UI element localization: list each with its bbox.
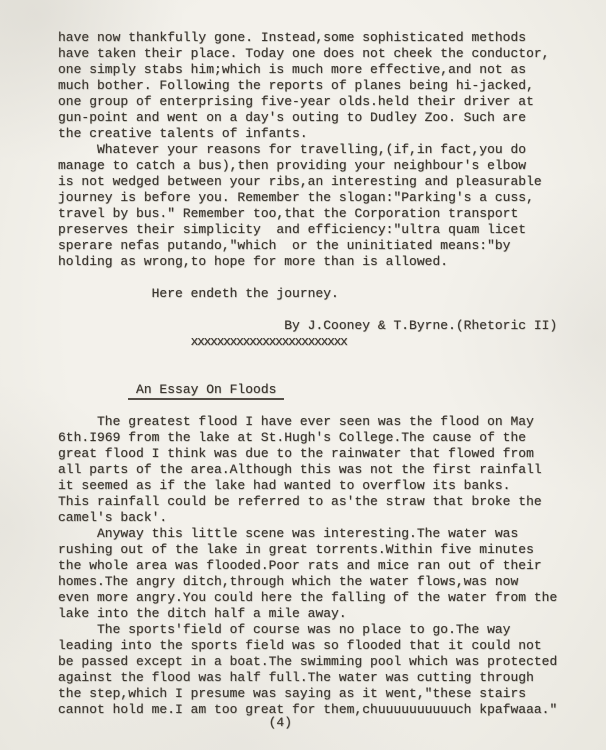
line-text: Whatever your reasons for travelling,(if… — [58, 142, 526, 157]
text-line: great flood I think was due to the rainw… — [58, 446, 588, 462]
text-line: have taken their place. Today one does n… — [58, 46, 588, 62]
divider-xchain-text: xxxxxxxxxxxxxxxxxxxxxxxx — [191, 334, 347, 349]
line-text: even more angry.You could here the falli… — [58, 590, 557, 605]
text-line: camel's back'. — [58, 510, 588, 526]
line-text: the whole area was flooded.Poor rats and… — [58, 558, 542, 573]
line-text: much bother. Following the reports of pl… — [58, 78, 534, 93]
line-text: the step,which I presume was saying as i… — [58, 686, 526, 701]
line-text: The sports'field of course was no place … — [58, 622, 510, 637]
text-line: the step,which I presume was saying as i… — [58, 686, 588, 702]
line-text: have taken their place. Today one does n… — [58, 46, 549, 61]
text-line: sperare nefas putando,"which or the unin… — [58, 238, 588, 254]
blank-line — [58, 398, 588, 414]
line-text: sperare nefas putando,"which or the unin… — [58, 238, 510, 253]
blank-line — [58, 302, 588, 318]
text-line: the whole area was flooded.Poor rats and… — [58, 558, 588, 574]
line-text: lake into the ditch half a mile away. — [58, 606, 347, 621]
line-text: be passed except in a boat.The swimming … — [58, 654, 557, 669]
blank-line — [58, 366, 588, 382]
line-text: journey is before you. Remember the slog… — [58, 190, 534, 205]
line-text: one group of enterprising five-year olds… — [58, 94, 534, 109]
line-text: all parts of the area.Although this was … — [58, 462, 542, 477]
text-line: be passed except in a boat.The swimming … — [58, 654, 588, 670]
section-title: An Essay On Floods — [58, 382, 588, 398]
text-line: gun-point and went on a day's outing to … — [58, 110, 588, 126]
line-text: rushing out of the lake in great torrent… — [58, 542, 534, 557]
line-text: This rainfall could be referred to as'th… — [58, 494, 542, 509]
text-line: lake into the ditch half a mile away. — [58, 606, 588, 622]
line-text: great flood I think was due to the rainw… — [58, 446, 534, 461]
text-line: The greatest flood I have ever seen was … — [58, 414, 588, 430]
line-indent — [58, 382, 128, 397]
text-line: even more angry.You could here the falli… — [58, 590, 588, 606]
closing-line: Here endeth the journey. — [58, 286, 588, 302]
line-text: camel's back'. — [58, 510, 167, 525]
text-line: against the flood was half full.The wate… — [58, 670, 588, 686]
line-text: holding as wrong,to hope for more than i… — [58, 254, 448, 269]
blank-line — [58, 270, 588, 286]
page-lines: have now thankfully gone. Instead,some s… — [58, 30, 588, 731]
text-line: 6th.I969 from the lake at St.Hugh's Coll… — [58, 430, 588, 446]
line-text: travel by bus." Remember too,that the Co… — [58, 206, 518, 221]
text-line: the creative talents of infants. — [58, 126, 588, 142]
divider-xchain: xxxxxxxxxxxxxxxxxxxxxxxx — [58, 334, 588, 350]
page-number-text: (4) — [58, 715, 292, 730]
text-line: rushing out of the lake in great torrent… — [58, 542, 588, 558]
text-line: all parts of the area.Although this was … — [58, 462, 588, 478]
text-line: manage to catch a bus),then providing yo… — [58, 158, 588, 174]
text-line: it seemed as if the lake had wanted to o… — [58, 478, 588, 494]
text-line: have now thankfully gone. Instead,some s… — [58, 30, 588, 46]
line-text: homes.The angry ditch,through which the … — [58, 574, 518, 589]
section-title-text: An Essay On Floods — [128, 382, 284, 400]
text-line: preserves their simplicity and efficienc… — [58, 222, 588, 238]
text-line: is not wedged between your ribs,an inter… — [58, 174, 588, 190]
line-text: it seemed as if the lake had wanted to o… — [58, 478, 510, 493]
text-line: holding as wrong,to hope for more than i… — [58, 254, 588, 270]
line-text: gun-point and went on a day's outing to … — [58, 110, 526, 125]
text-line: travel by bus." Remember too,that the Co… — [58, 206, 588, 222]
line-text: is not wedged between your ribs,an inter… — [58, 174, 542, 189]
text-line: leading into the sports field was so flo… — [58, 638, 588, 654]
line-text: have now thankfully gone. Instead,some s… — [58, 30, 526, 45]
text-line: much bother. Following the reports of pl… — [58, 78, 588, 94]
closing-line-text: Here endeth the journey. — [58, 286, 339, 301]
line-text: The greatest flood I have ever seen was … — [58, 414, 534, 429]
text-line: journey is before you. Remember the slog… — [58, 190, 588, 206]
line-text: preserves their simplicity and efficienc… — [58, 222, 526, 237]
line-text: against the flood was half full.The wate… — [58, 670, 534, 685]
byline: By J.Cooney & T.Byrne.(Rhetoric II) — [58, 318, 588, 334]
typewritten-page: have now thankfully gone. Instead,some s… — [0, 0, 606, 750]
line-text: the creative talents of infants. — [58, 126, 308, 141]
line-text: one simply stabs him;which is much more … — [58, 62, 526, 77]
line-text: leading into the sports field was so flo… — [58, 638, 542, 653]
byline-text: By J.Cooney & T.Byrne.(Rhetoric II) — [58, 318, 557, 333]
text-line: one group of enterprising five-year olds… — [58, 94, 588, 110]
text-line: Anyway this little scene was interesting… — [58, 526, 588, 542]
text-line: one simply stabs him;which is much more … — [58, 62, 588, 78]
line-text: manage to catch a bus),then providing yo… — [58, 158, 526, 173]
text-line: This rainfall could be referred to as'th… — [58, 494, 588, 510]
blank-line — [58, 350, 588, 366]
line-indent — [58, 334, 191, 349]
line-text: Anyway this little scene was interesting… — [58, 526, 518, 541]
text-line: homes.The angry ditch,through which the … — [58, 574, 588, 590]
text-line: The sports'field of course was no place … — [58, 622, 588, 638]
text-line: Whatever your reasons for travelling,(if… — [58, 142, 588, 158]
line-text: 6th.I969 from the lake at St.Hugh's Coll… — [58, 430, 526, 445]
